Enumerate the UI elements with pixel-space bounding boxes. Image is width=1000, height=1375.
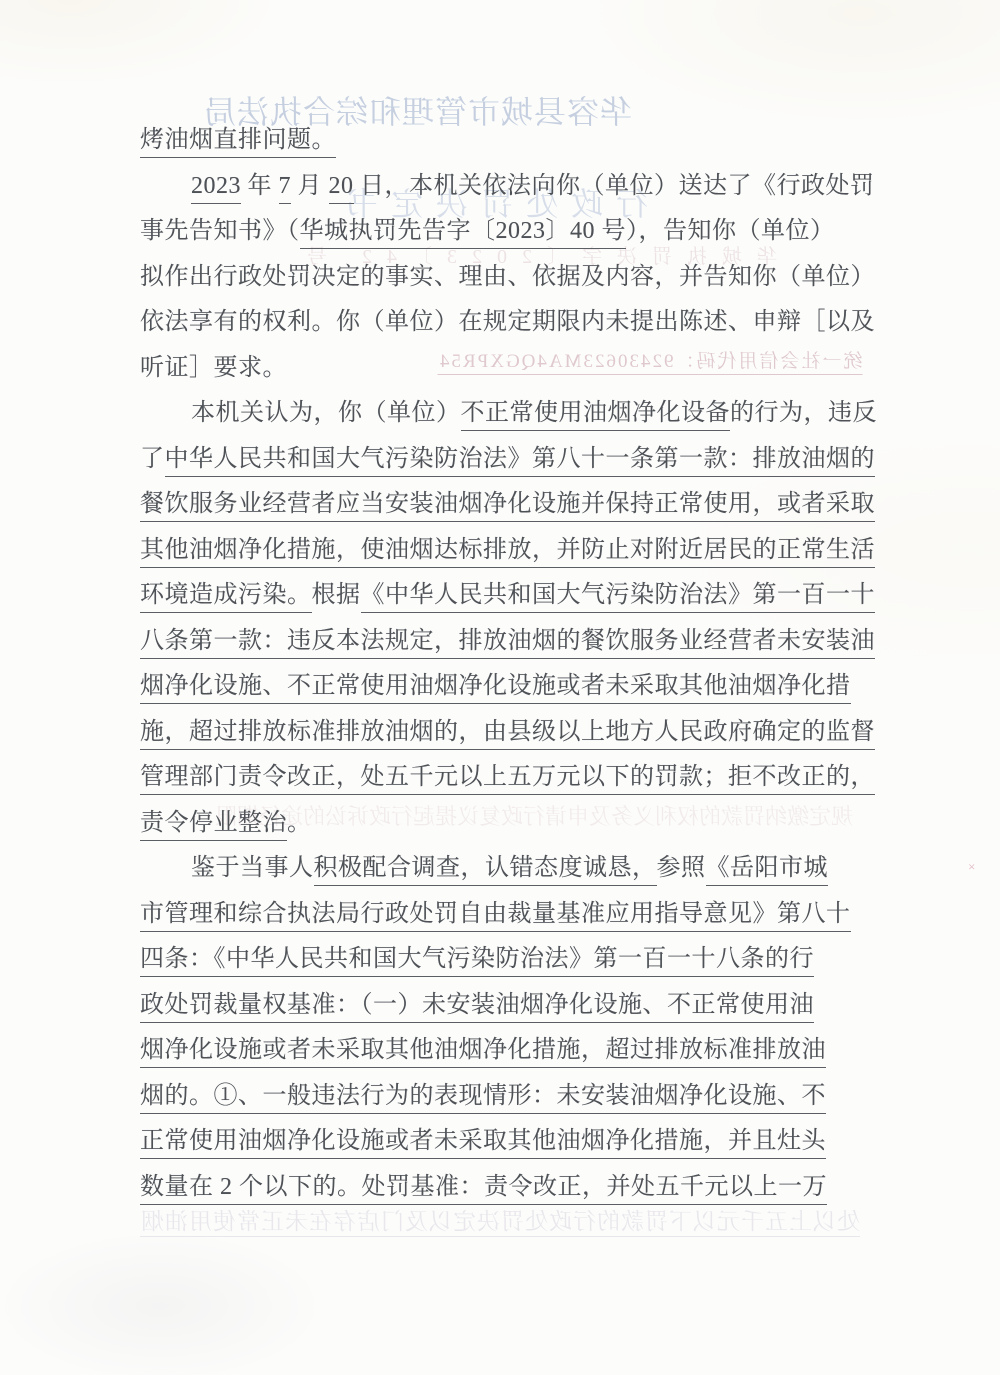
text-segment: 日，本机关依法向你（单位）送达了《行政处罚 bbox=[354, 173, 875, 199]
document-line: 听证］要求。 bbox=[140, 356, 287, 380]
text-segment: 听证］要求。 bbox=[140, 355, 287, 381]
document-line: 八条第一款：违反本法规定，排放油烟的餐饮服务业经营者未安装油 bbox=[140, 629, 875, 653]
underlined-text-segment: 市管理和综合执法局行政处罚自由裁量基准应用指导意见》第八十 bbox=[140, 901, 851, 932]
text-segment: 事先告知书》（ bbox=[140, 218, 300, 244]
document-line: 政处罚裁量权基准：（一）未安装油烟净化设施、不正常使用油 bbox=[140, 993, 814, 1017]
document-line: 依法享有的权利。你（单位）在规定期限内未提出陈述、申辩［以及 bbox=[140, 310, 875, 334]
document-line: 环境造成污染。根据《中华人民共和国大气污染防治法》第一百一十 bbox=[140, 583, 875, 607]
underlined-text-segment: 2023 bbox=[191, 173, 241, 204]
underlined-text-segment: 环境造成污染。 bbox=[140, 582, 312, 613]
document-line: 施，超过排放标准排放油烟的，由县级以上地方人民政府确定的监督 bbox=[140, 720, 875, 744]
underlined-text-segment: 其他油烟净化措施，使油烟达标排放，并防止对附近居民的正常生活 bbox=[140, 537, 875, 568]
underlined-text-segment: 餐饮服务业经营者应当安装油烟净化设施并保持正常使用，或者采取 bbox=[140, 491, 875, 522]
underlined-text-segment: 《岳阳市城 bbox=[706, 855, 829, 886]
document-line: 烤油烟直排问题。 bbox=[140, 128, 336, 152]
text-segment: 的行为，违反 bbox=[730, 400, 877, 426]
text-segment: 。 bbox=[287, 810, 312, 836]
document-line: 其他油烟净化措施，使油烟达标排放，并防止对附近居民的正常生活 bbox=[140, 538, 875, 562]
text-segment: 本机关认为，你（单位） bbox=[191, 400, 461, 426]
underlined-text-segment: 政处罚裁量权基准：（一）未安装油烟净化设施、不正常使用油 bbox=[140, 992, 814, 1023]
underlined-text-segment: 华城执罚先告字〔2023〕40 号 bbox=[300, 218, 627, 249]
document-line: 本机关认为，你（单位）不正常使用油烟净化设备的行为，违反 bbox=[191, 401, 877, 425]
underlined-text-segment: 责令停业整治 bbox=[140, 810, 287, 841]
document-line: 四条：《中华人民共和国大气污染防治法》第一百一十八条的行 bbox=[140, 947, 814, 971]
document-line: 事先告知书》（华城执罚先告字〔2023〕40 号），告知你（单位） bbox=[140, 219, 835, 243]
text-segment: 参照 bbox=[657, 855, 706, 881]
document-line: 拟作出行政处罚决定的事实、理由、依据及内容，并告知你（单位） bbox=[140, 265, 875, 289]
document-line: 烟净化设施、不正常使用油烟净化设施或者未采取其他油烟净化措 bbox=[140, 674, 851, 698]
underlined-text-segment: 烟净化设施、不正常使用油烟净化设施或者未采取其他油烟净化措 bbox=[140, 673, 851, 704]
document-line: 餐饮服务业经营者应当安装油烟净化设施并保持正常使用，或者采取 bbox=[140, 492, 875, 516]
underlined-text-segment: 积极配合调查，认错态度诚恳， bbox=[314, 855, 657, 886]
underlined-text-segment: 中华人民共和国大气污染防治法》第八十一条第一款：排放油烟的 bbox=[165, 446, 876, 477]
document-line: 2023 年 7 月 20 日，本机关依法向你（单位）送达了《行政处罚 bbox=[191, 174, 875, 198]
text-segment: ），告知你（单位） bbox=[626, 218, 835, 244]
underlined-text-segment: 7 bbox=[279, 173, 292, 204]
document-line: 烟的。①、一般违法行为的表现情形：未安装油烟净化设施、不 bbox=[140, 1084, 826, 1108]
text-segment: 了 bbox=[140, 446, 165, 472]
text-segment: 依法享有的权利。你（单位）在规定期限内未提出陈述、申辩［以及 bbox=[140, 309, 875, 335]
document-line: 正常使用油烟净化设施或者未采取其他油烟净化措施，并且灶头 bbox=[140, 1129, 826, 1153]
underlined-text-segment: 不正常使用油烟净化设备 bbox=[461, 400, 731, 431]
document-line: 数量在 2 个以下的。处罚基准：责令改正，并处五千元以上一万 bbox=[140, 1175, 827, 1199]
underlined-text-segment: 管理部门责令改正，处五千元以上五万元以下的罚款；拒不改正的， bbox=[140, 764, 875, 795]
text-segment: 拟作出行政处罚决定的事实、理由、依据及内容，并告知你（单位） bbox=[140, 264, 875, 290]
document-text-layer: 烤油烟直排问题。2023 年 7 月 20 日，本机关依法向你（单位）送达了《行… bbox=[0, 0, 1000, 1375]
text-segment: 根据 bbox=[312, 582, 361, 608]
document-line: 了中华人民共和国大气污染防治法》第八十一条第一款：排放油烟的 bbox=[140, 447, 875, 471]
document-line: 管理部门责令改正，处五千元以上五万元以下的罚款；拒不改正的， bbox=[140, 765, 875, 789]
scanned-document-page: 华容县城市管理和综合执法局行政处罚决定书华城执罚决字〔2023〕42 号统一社会… bbox=[0, 0, 1000, 1375]
document-line: 责令停业整治。 bbox=[140, 811, 312, 835]
document-line: 市管理和综合执法局行政处罚自由裁量基准应用指导意见》第八十 bbox=[140, 902, 851, 926]
underlined-text-segment: 烤油烟直排问题。 bbox=[140, 127, 336, 158]
underlined-text-segment: 数量在 2 个以下的。处罚基准：责令改正，并处五千元以上一万 bbox=[140, 1174, 827, 1205]
text-segment: 年 bbox=[241, 173, 279, 199]
underlined-text-segment: 《中华人民共和国大气污染防治法》第一百一十 bbox=[361, 582, 876, 613]
underlined-text-segment: 20 bbox=[329, 173, 354, 204]
underlined-text-segment: 施，超过排放标准排放油烟的，由县级以上地方人民政府确定的监督 bbox=[140, 719, 875, 750]
document-line: 烟净化设施或者未采取其他油烟净化措施，超过排放标准排放油 bbox=[140, 1038, 826, 1062]
underlined-text-segment: 四条：《中华人民共和国大气污染防治法》第一百一十八条的行 bbox=[140, 946, 814, 977]
text-segment: 月 bbox=[291, 173, 329, 199]
underlined-text-segment: 八条第一款：违反本法规定，排放油烟的餐饮服务业经营者未安装油 bbox=[140, 628, 875, 659]
underlined-text-segment: 正常使用油烟净化设施或者未采取其他油烟净化措施，并且灶头 bbox=[140, 1128, 826, 1159]
underlined-text-segment: 烟净化设施或者未采取其他油烟净化措施，超过排放标准排放油 bbox=[140, 1037, 826, 1068]
underlined-text-segment: 烟的。①、一般违法行为的表现情形：未安装油烟净化设施、不 bbox=[140, 1083, 826, 1114]
document-line: 鉴于当事人积极配合调查，认错态度诚恳，参照《岳阳市城 bbox=[191, 856, 828, 880]
text-segment: 鉴于当事人 bbox=[191, 855, 314, 881]
